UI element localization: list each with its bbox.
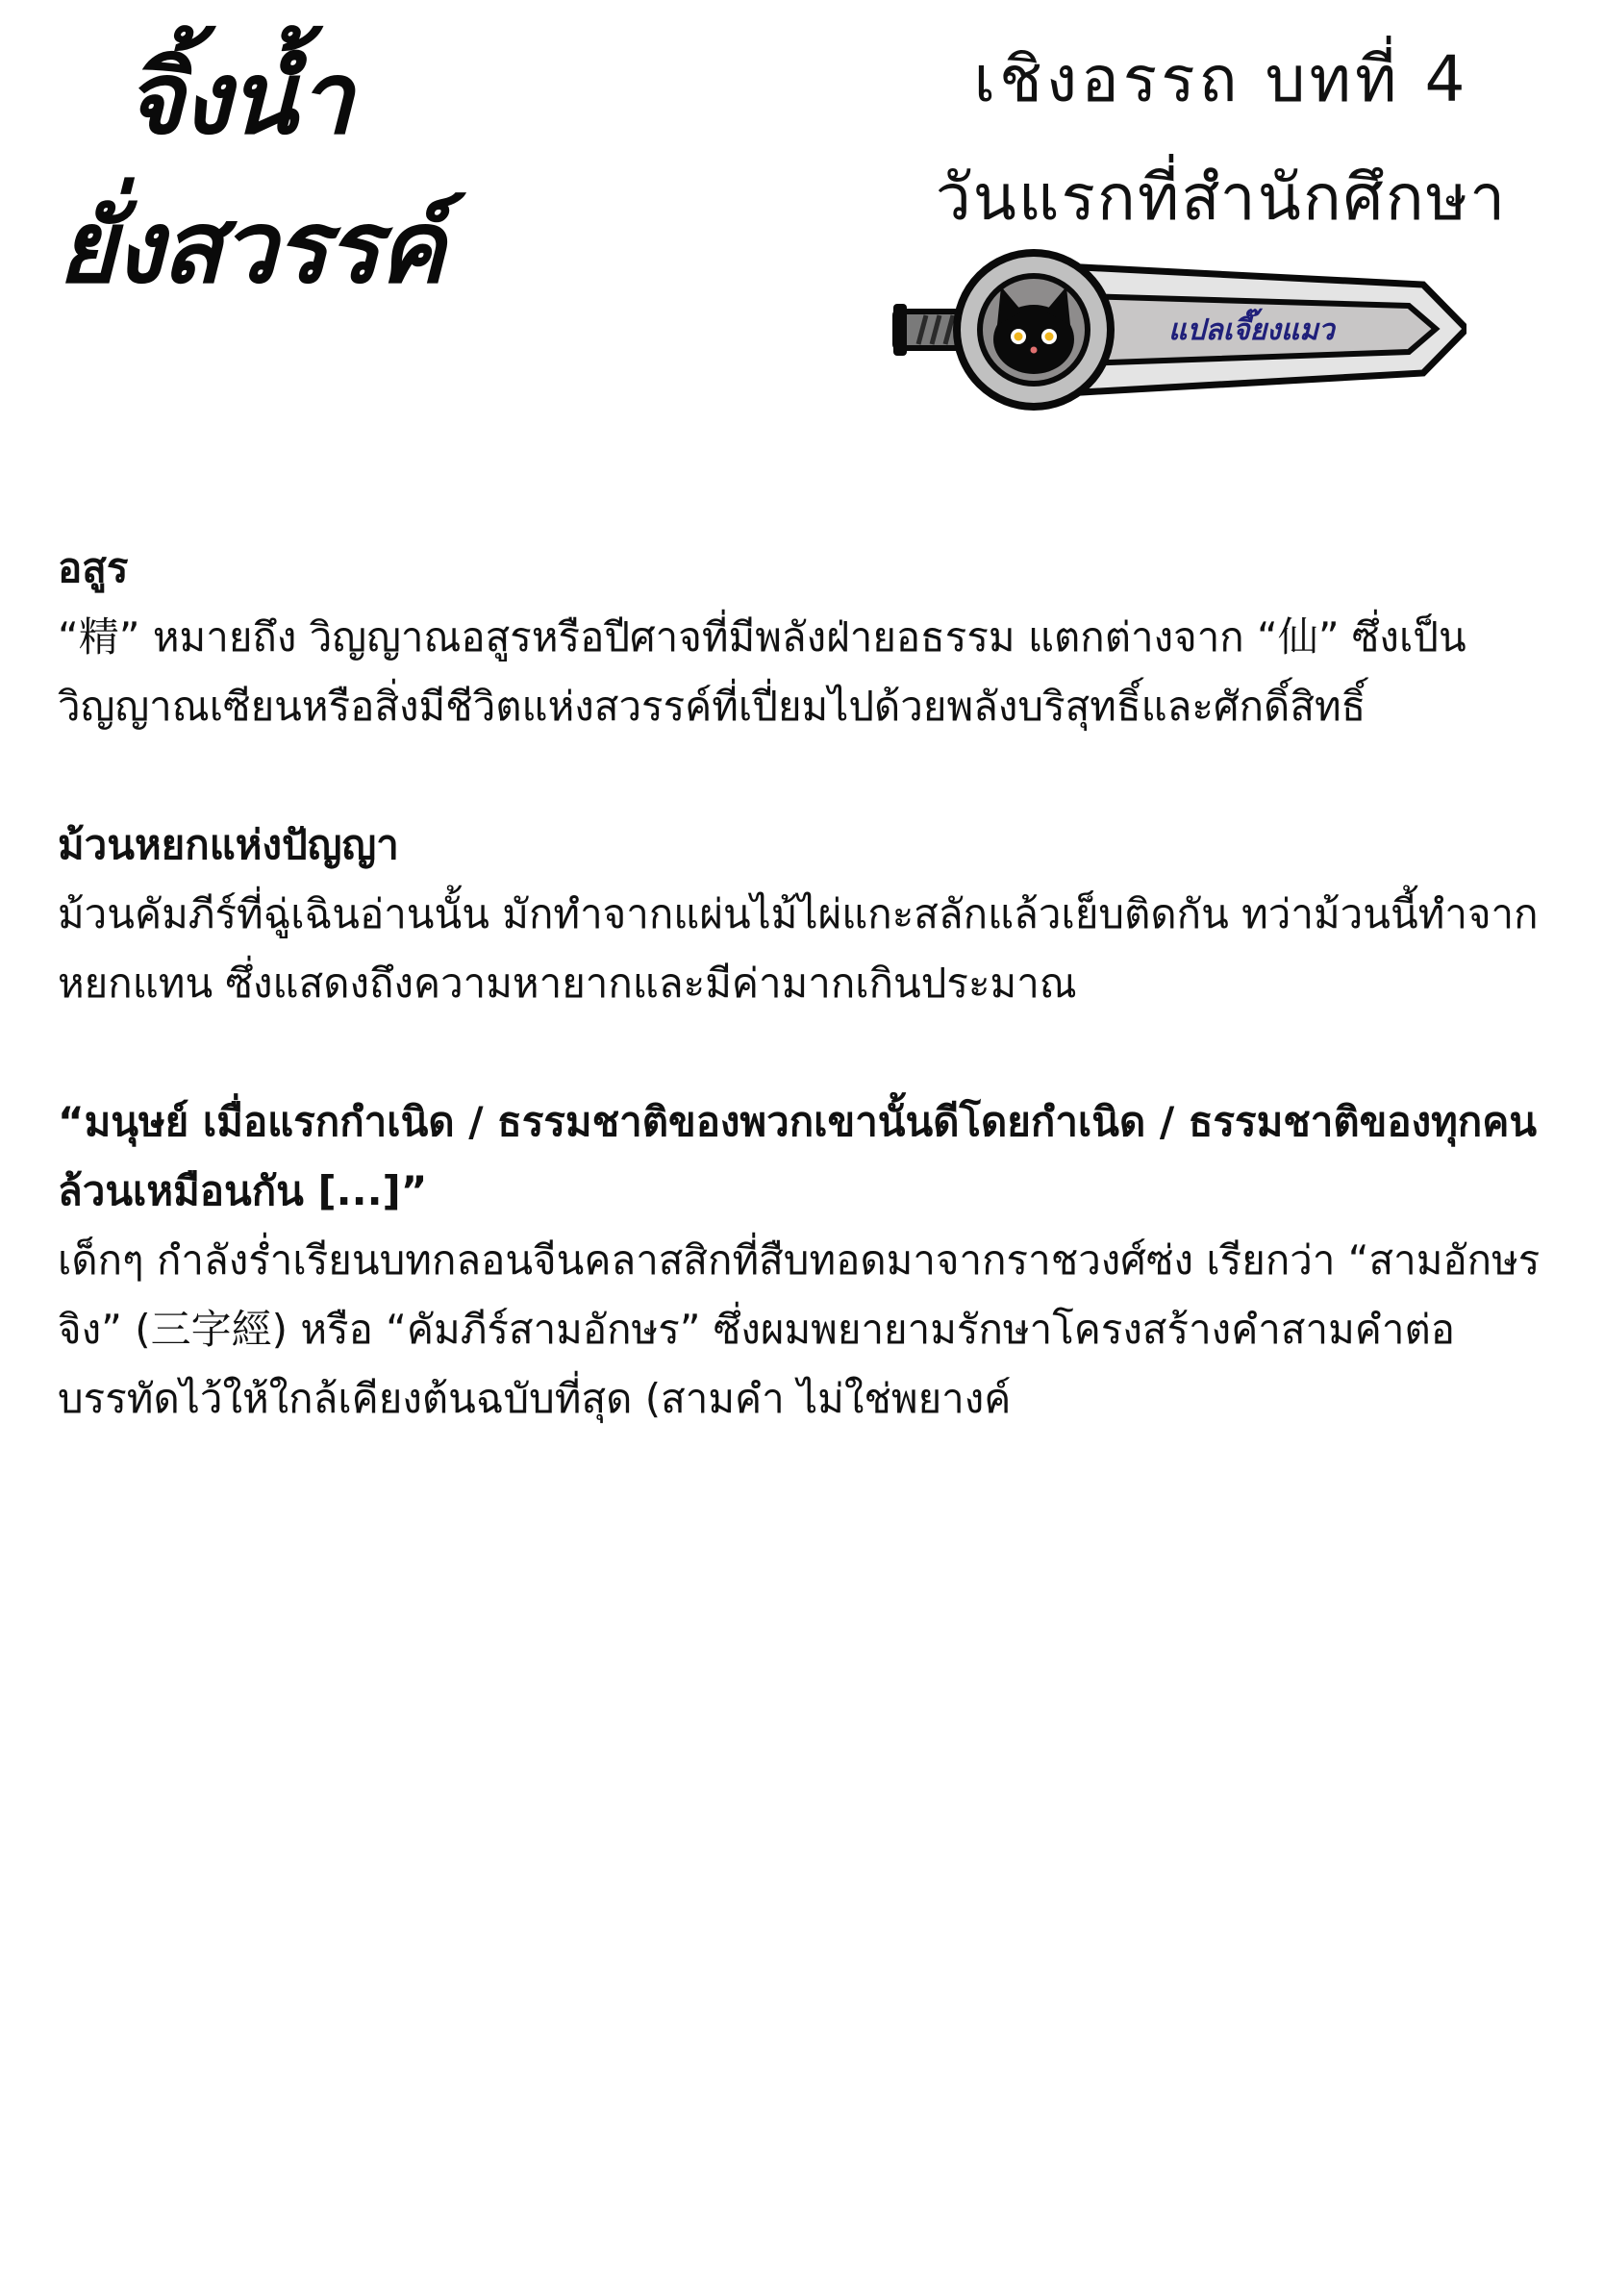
footnotes-content: อสูร “精” หมายถึง วิญญาณอสูรหรือปีศาจที่ม… (58, 534, 1558, 1503)
chapter-name: วันแรกที่สำนักศึกษา (894, 147, 1548, 248)
translator-logo: แปลเจี๊ยงแมว (890, 248, 1466, 412)
series-title-line2: ยั่งสวรรค์ (58, 187, 462, 308)
footnote-jade-scroll: ม้วนหยกแห่งปัญญา ม้วนคัมภีร์ที่ฉู่เฉินอ่… (58, 811, 1558, 1018)
footnote-body: ม้วนคัมภีร์ที่ฉู่เฉินอ่านนั้น มักทำจากแผ… (58, 880, 1558, 1018)
footnote-body: “精” หมายถึง วิญญาณอสูรหรือปีศาจที่มีพลัง… (58, 603, 1558, 741)
translator-name: แปลเจี๊ยงแมว (1168, 308, 1335, 353)
series-title-line1: จิ้งน้ำ (58, 38, 462, 159)
chapter-label: เชิงอรรถ บทที่ 4 (894, 29, 1548, 130)
series-title: จิ้งน้ำ ยั่งสวรรค์ (58, 38, 462, 308)
footnote-heading: อสูร (58, 534, 1558, 603)
chapter-heading: เชิงอรรถ บทที่ 4 วันแรกที่สำนักศึกษา (894, 29, 1548, 248)
footnote-heading: “มนุษย์ เมื่อแรกกำเนิด / ธรรมชาติของพวกเ… (58, 1087, 1558, 1226)
footnote-heading: ม้วนหยกแห่งปัญญา (58, 811, 1558, 880)
footnote-asura: อสูร “精” หมายถึง วิญญาณอสูรหรือปีศาจที่ม… (58, 534, 1558, 741)
footnote-three-character-classic: “มนุษย์ เมื่อแรกกำเนิด / ธรรมชาติของพวกเ… (58, 1087, 1558, 1434)
footnote-body: เด็กๆ กำลังร่ำเรียนบทกลอนจีนคลาสสิกที่สื… (58, 1226, 1558, 1434)
